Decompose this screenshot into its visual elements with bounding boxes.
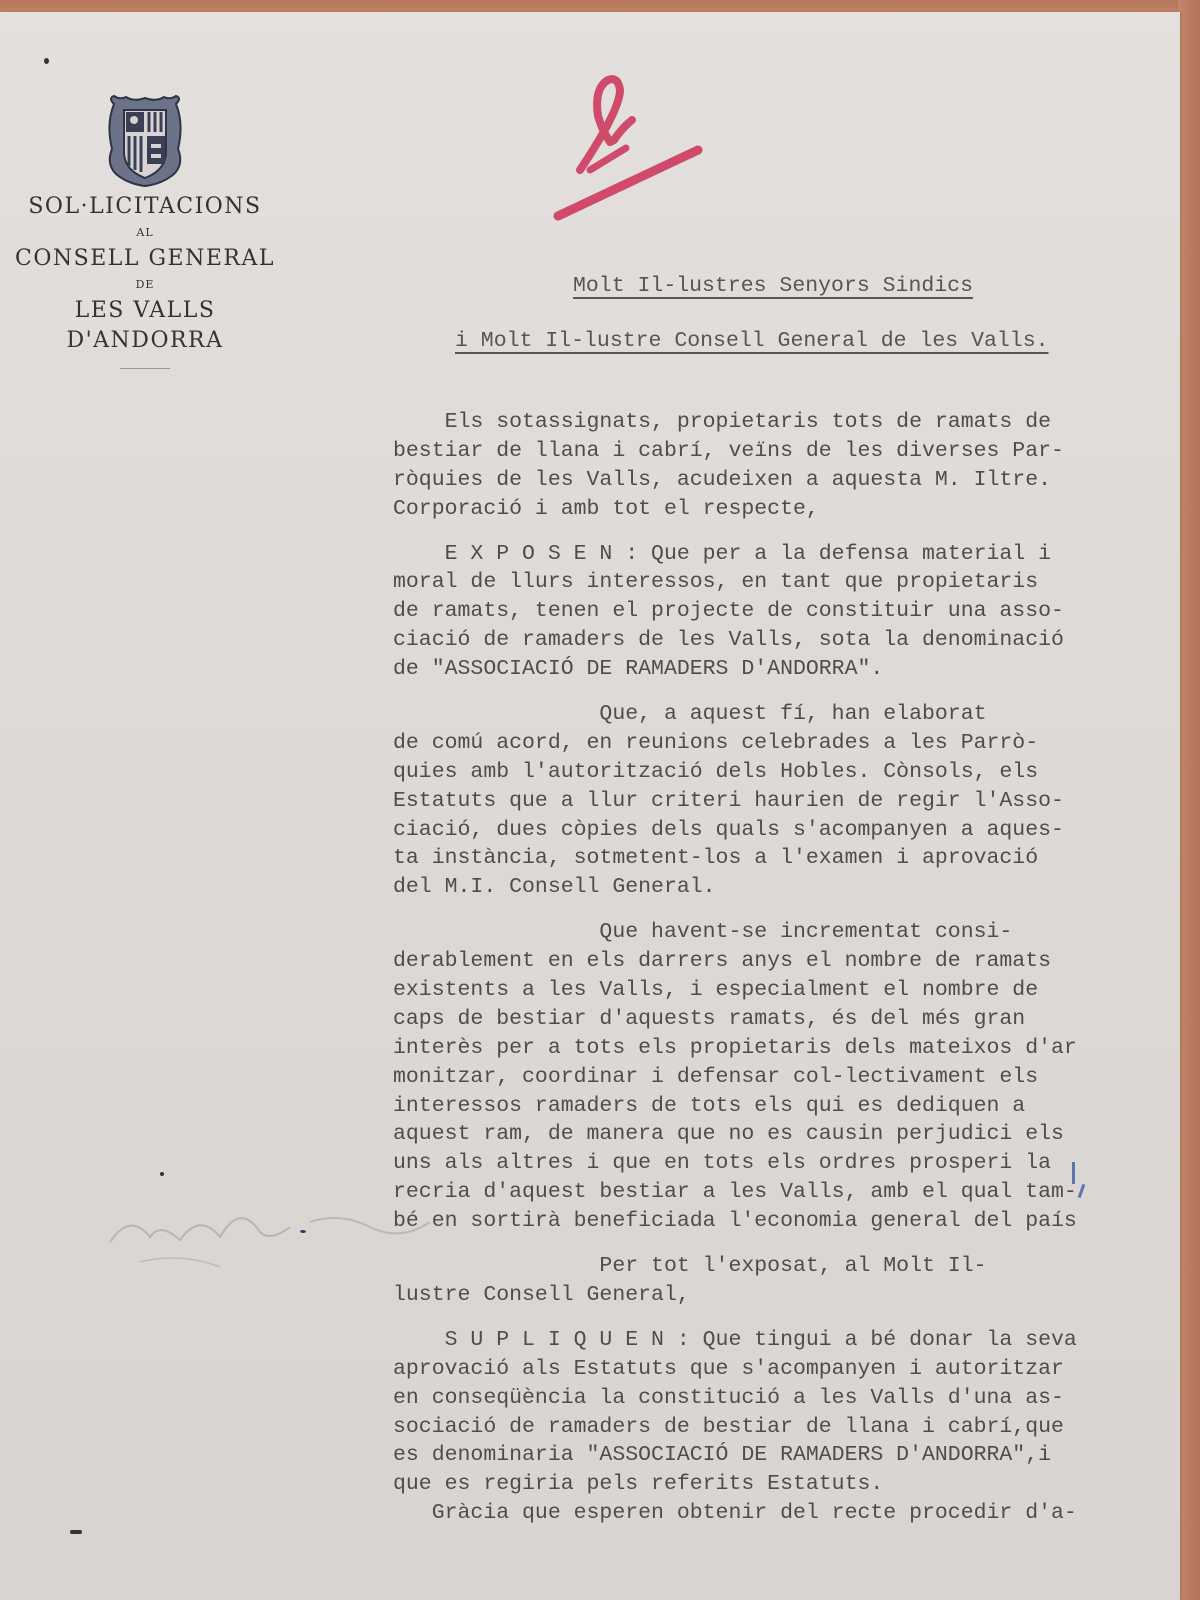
body-line: uns als altres i que en tots els ordres … xyxy=(393,1149,1183,1178)
ink-speck xyxy=(300,1230,306,1233)
body-line: aquest ram, de manera que no es causin p… xyxy=(393,1120,1183,1149)
salutation-line-1: Molt Il-lustres Senyors Sindics xyxy=(573,274,973,298)
paragraph-gap xyxy=(393,684,1183,700)
body-line: lustre Consell General, xyxy=(393,1281,1183,1310)
body-line: recria d'aquest bestiar a les Valls, amb… xyxy=(393,1178,1183,1207)
letterhead: SOL·LICITACIONS AL CONSELL GENERAL DE LE… xyxy=(0,94,290,369)
letterhead-title: SOL·LICITACIONS xyxy=(0,192,290,222)
letterhead-divider xyxy=(120,368,170,369)
body-line: de comú acord, en reunions celebrades a … xyxy=(393,729,1183,758)
body-line: Gràcia que esperen obtenir del recte pro… xyxy=(393,1499,1183,1528)
body-line: monitzar, coordinar i defensar col-lecti… xyxy=(393,1063,1183,1092)
body-line-exposen: E X P O S E N : Que per a la defensa mat… xyxy=(393,540,1183,569)
paragraph-gap xyxy=(393,524,1183,540)
body-line: derablement en els darrers anys el nombr… xyxy=(393,947,1183,976)
body-line: quies amb l'autorització dels Hobles. Cò… xyxy=(393,758,1183,787)
handwritten-page-number-2 xyxy=(550,70,720,240)
body-line: Que havent-se incrementat consi- xyxy=(393,918,1183,947)
body-line: del M.I. Consell General. xyxy=(393,873,1183,902)
letter-body: Els sotassignats, propietaris tots de ra… xyxy=(393,408,1183,1528)
paragraph-gap xyxy=(393,1310,1183,1326)
salutation-line-2: i Molt Il-lustre Consell General de les … xyxy=(455,329,1049,353)
body-line: en conseqüència la constitució a les Val… xyxy=(393,1384,1183,1413)
show-through-handwriting xyxy=(100,1182,450,1272)
andorra-coat-of-arms-icon xyxy=(104,94,186,188)
body-line: aprovació als Estatuts que s'acompanyen … xyxy=(393,1355,1183,1384)
body-line: Estatuts que a llur criteri haurien de r… xyxy=(393,787,1183,816)
letterhead-consell: CONSELL GENERAL xyxy=(0,244,290,274)
body-line: Corporació i amb tot el respecte, xyxy=(393,495,1183,524)
body-line: Per tot l'exposat, al Molt Il- xyxy=(393,1252,1183,1281)
ink-speck xyxy=(160,1172,164,1176)
body-line: es denominaria "ASSOCIACIÓ DE RAMADERS D… xyxy=(393,1441,1183,1470)
body-line: bé en sortirà beneficiada l'economia gen… xyxy=(393,1207,1183,1236)
letterhead-valls: LES VALLS D'ANDORRA xyxy=(0,296,290,356)
document-page: SOL·LICITACIONS AL CONSELL GENERAL DE LE… xyxy=(0,12,1180,1600)
body-line: sociació de ramaders de bestiar de llana… xyxy=(393,1413,1183,1442)
body-line-supliquen: S U P L I Q U E N : Que tingui a bé dona… xyxy=(393,1326,1183,1355)
body-line: ciació de ramaders de les Valls, sota la… xyxy=(393,626,1183,655)
body-line: Els sotassignats, propietaris tots de ra… xyxy=(393,408,1183,437)
letterhead-al: AL xyxy=(0,226,290,240)
body-line: existents a les Valls, i especialment el… xyxy=(393,976,1183,1005)
paragraph-gap xyxy=(393,902,1183,918)
body-line: ta instància, sotmetent-los a l'examen i… xyxy=(393,844,1183,873)
blue-pen-mark xyxy=(1072,1162,1075,1184)
body-line: bestiar de llana i cabrí, veïns de les d… xyxy=(393,437,1183,466)
paragraph-gap xyxy=(393,1236,1183,1252)
body-line: interessos ramaders de tots els qui es d… xyxy=(393,1092,1183,1121)
body-line: Que, a aquest fí, han elaborat xyxy=(393,700,1183,729)
ink-speck xyxy=(70,1530,82,1534)
letterhead-de: DE xyxy=(0,278,290,292)
body-line: que es regiria pels referits Estatuts. xyxy=(393,1470,1183,1499)
ink-speck xyxy=(44,58,49,64)
body-line: interès per a tots els propietaris dels … xyxy=(393,1034,1183,1063)
body-line: ciació, dues còpies dels quals s'acompan… xyxy=(393,816,1183,845)
body-line: moral de llurs interessos, en tant que p… xyxy=(393,568,1183,597)
body-line: caps de bestiar d'aquests ramats, és del… xyxy=(393,1005,1183,1034)
body-line: de ramats, tenen el projecte de constitu… xyxy=(393,597,1183,626)
body-line: ròquies de les Valls, acudeixen a aquest… xyxy=(393,466,1183,495)
body-line: de "ASSOCIACIÓ DE RAMADERS D'ANDORRA". xyxy=(393,655,1183,684)
